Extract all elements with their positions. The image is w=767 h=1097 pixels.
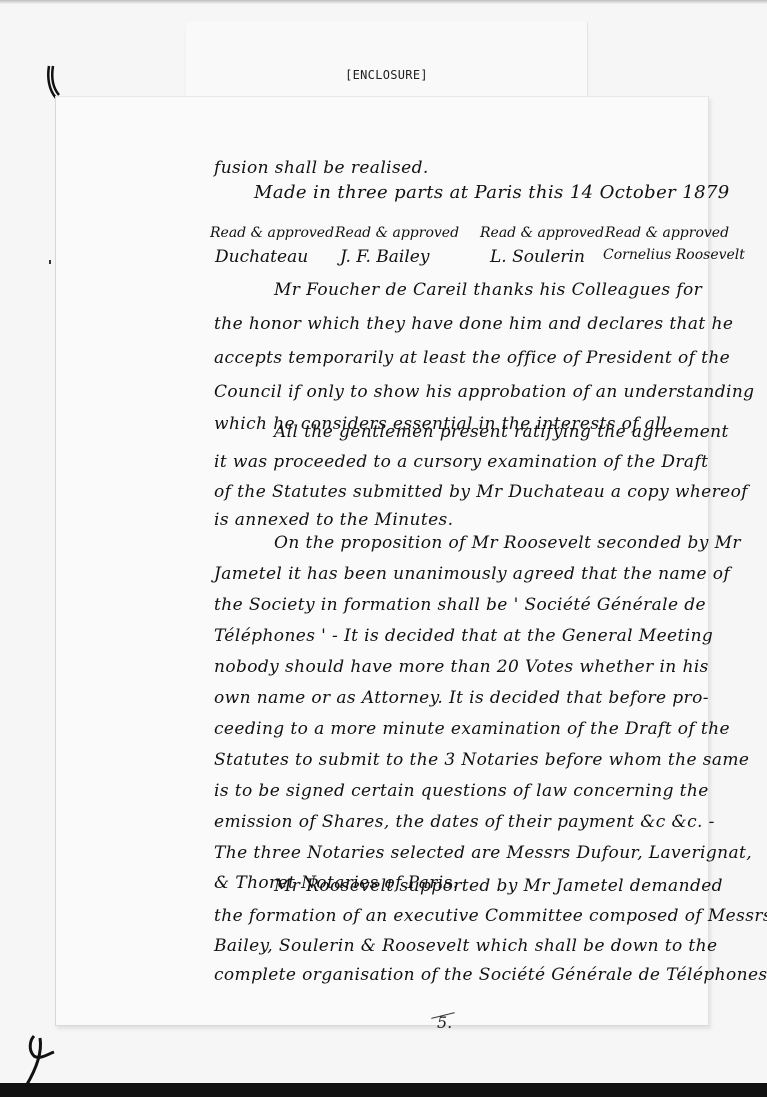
paragraph-line: Council if only to show his approbation … xyxy=(214,382,754,402)
paragraph-line: All the gentlemen present ratifying the … xyxy=(214,422,729,442)
signature-name-3: L. Soulerin xyxy=(490,247,585,267)
paragraph-line: ceeding to a more minute examination of … xyxy=(214,719,730,739)
margin-folio-mark-icon xyxy=(18,1030,62,1090)
paragraph-line: Jametel it has been unanimously agreed t… xyxy=(214,564,730,584)
paragraph-line: the formation of an executive Committee … xyxy=(214,906,767,926)
paragraph-line: Statutes to submit to the 3 Notaries bef… xyxy=(214,750,749,770)
scan-top-edge xyxy=(0,0,767,4)
paragraph-line: own name or as Attorney. It is decided t… xyxy=(214,688,709,708)
paragraph-line: of the Statutes submitted by Mr Duchatea… xyxy=(214,482,748,502)
paragraph-line: emission of Shares, the dates of their p… xyxy=(214,812,715,832)
paragraph-line: is to be signed certain questions of law… xyxy=(214,781,709,801)
enclosure-label: [ENCLOSURE] xyxy=(186,68,587,82)
signature-approval-1: Read & approved xyxy=(210,225,334,241)
page-number: 5. xyxy=(437,1013,452,1032)
signature-name-2: J. F. Bailey xyxy=(340,247,429,267)
opening-line: fusion shall be realised. xyxy=(214,158,429,178)
signature-approval-2: Read & approved xyxy=(335,225,459,241)
signature-name-1: Duchateau xyxy=(215,247,308,267)
paragraph-line: Mr Foucher de Careil thanks his Colleagu… xyxy=(214,280,702,300)
paragraph-line: is annexed to the Minutes. xyxy=(214,510,453,530)
paragraph-line: the honor which they have done him and d… xyxy=(214,314,733,334)
signature-approval-3: Read & approved xyxy=(480,225,604,241)
paragraph-line: Mr Roosevelt supported by Mr Jametel dem… xyxy=(214,876,723,896)
dated-line: Made in three parts at Paris this 14 Oct… xyxy=(214,182,730,203)
signature-name-4: Cornelius Roosevelt xyxy=(603,247,745,263)
paragraph-line: The three Notaries selected are Messrs D… xyxy=(214,843,752,863)
paragraph-line: Téléphones ' - It is decided that at the… xyxy=(214,626,713,646)
paragraph-line: On the proposition of Mr Roosevelt secon… xyxy=(214,533,741,553)
paragraph-line: accepts temporarily at least the office … xyxy=(214,348,730,368)
scan-bottom-edge xyxy=(0,1083,767,1097)
signature-approval-4: Read & approved xyxy=(605,225,729,241)
paragraph-line: it was proceeded to a cursory examinatio… xyxy=(214,452,708,472)
paragraph-line: Bailey, Soulerin & Roosevelt which shall… xyxy=(214,936,717,956)
paragraph-line: complete organisation of the Société Gén… xyxy=(214,965,767,985)
paragraph-line: the Society in formation shall be ' Soci… xyxy=(214,595,706,615)
paragraph-line: nobody should have more than 20 Votes wh… xyxy=(214,657,709,677)
margin-tick-mark xyxy=(49,260,51,264)
